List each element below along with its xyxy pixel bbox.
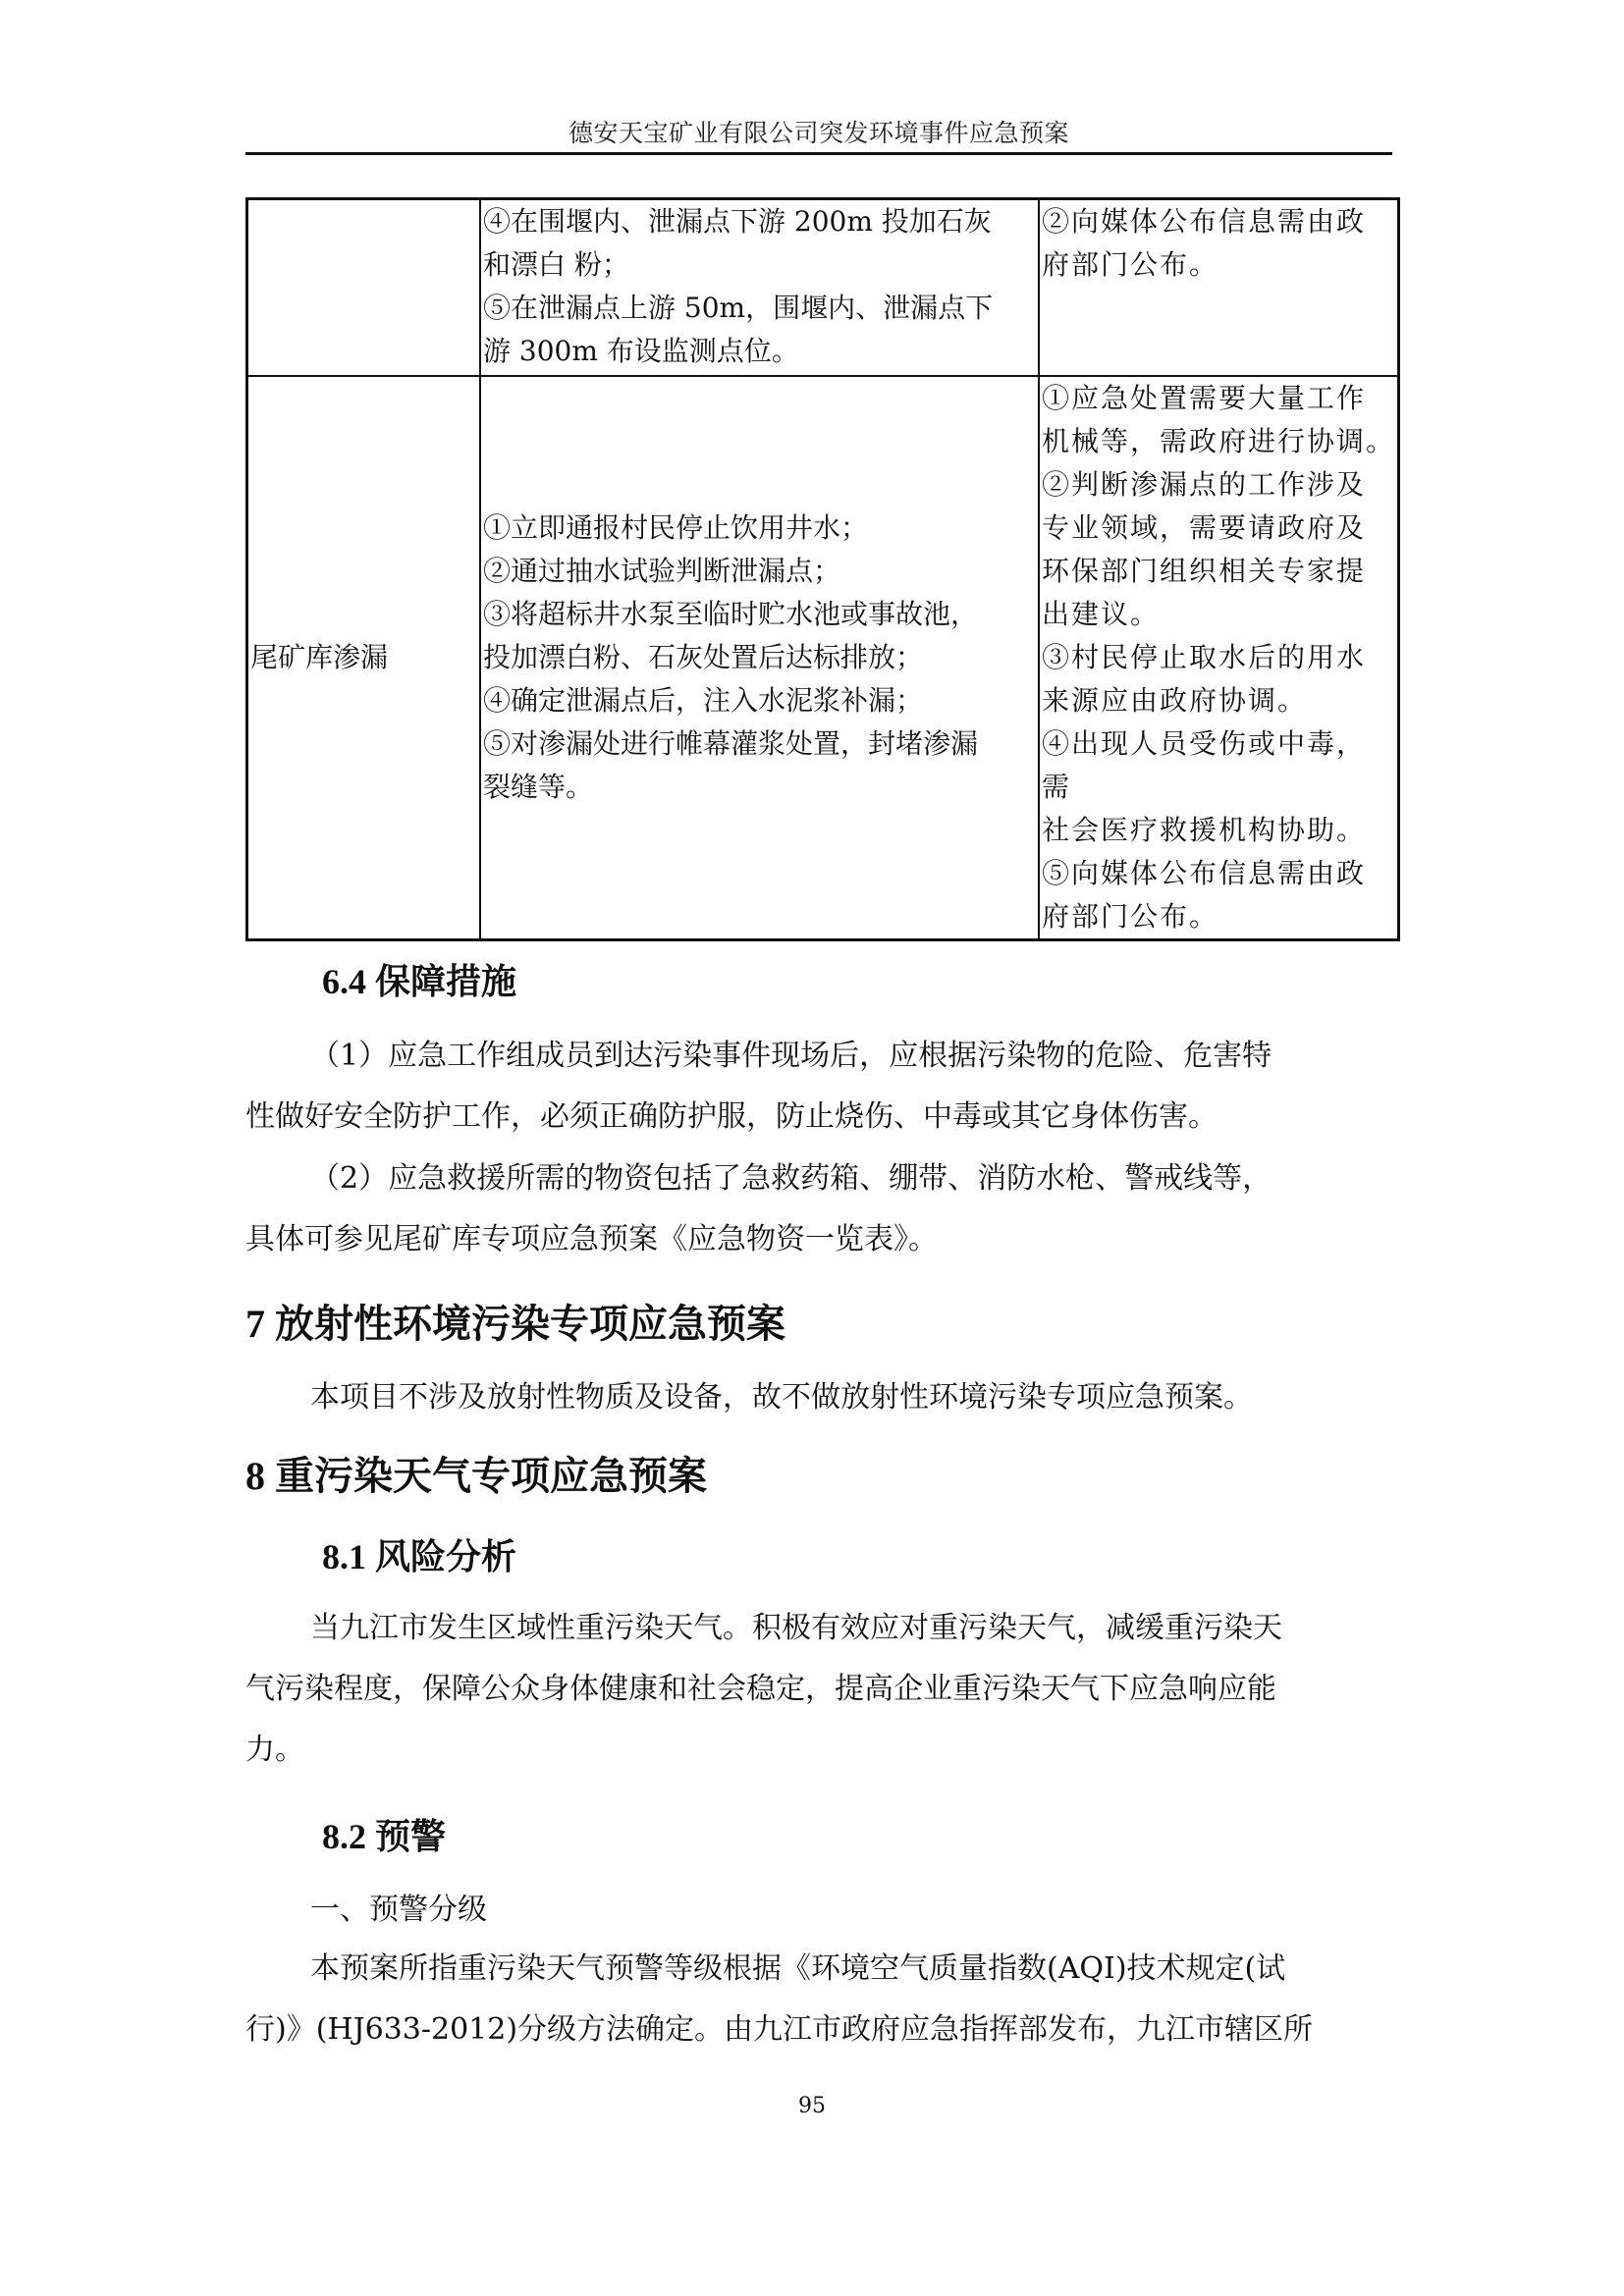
measure-line: ④确定泄漏点后，注入水泥浆补漏； xyxy=(483,679,1036,722)
coordination-line: 府部门公布。 xyxy=(1042,243,1395,287)
measure-line: 投加漂白粉、石灰处置后达标排放； xyxy=(483,636,1036,679)
measure-line: ①立即通报村民停止饮用井水； xyxy=(483,507,1036,550)
coordination-line: 专业领域，需要请政府及 xyxy=(1042,507,1395,550)
section-heading-6-4: 6.4 保障措施 xyxy=(322,954,516,1004)
text-line: （1）应急工作组成员到达污染事件现场后，应根据污染物的危险、危害特 xyxy=(245,1026,1394,1087)
coordination-line: ②向媒体公布信息需由政 xyxy=(1042,200,1395,243)
section-heading-8-1: 8.1 风险分析 xyxy=(322,1529,516,1579)
coordination-line: ④出现人员受伤或中毒， xyxy=(1042,722,1395,766)
measure-line: ⑤对渗漏处进行帷幕灌浆处置，封堵渗漏 xyxy=(483,722,1036,766)
page-header-title: 德安天宝矿业有限公司突发环境事件应急预案 xyxy=(245,114,1392,149)
category-cell: 尾矿库渗漏 xyxy=(247,376,481,940)
measures-cell: ①立即通报村民停止饮用井水； ②通过抽水试验判断泄漏点； ③将超标井水泵至临时贮… xyxy=(480,376,1039,940)
measure-line: ④在围堰内、泄漏点下游 200m 投加石灰 xyxy=(483,200,1036,243)
text-line: （2）应急救援所需的物资包括了急救药箱、绷带、消防水枪、警戒线等， xyxy=(245,1148,1394,1209)
measure-line: 裂缝等。 xyxy=(483,766,1036,809)
coordination-line: ③村民停止取水后的用水 xyxy=(1042,636,1395,679)
coordination-line: 需 xyxy=(1042,766,1395,809)
header-divider xyxy=(245,152,1392,155)
table-row: 尾矿库渗漏 ①立即通报村民停止饮用井水； ②通过抽水试验判断泄漏点； ③将超标井… xyxy=(247,376,1399,940)
paragraph-6-4-1: （1）应急工作组成员到达污染事件现场后，应根据污染物的危险、危害特 性做好安全防… xyxy=(245,1026,1394,1148)
coordination-line: ②判断渗漏点的工作涉及 xyxy=(1042,463,1395,507)
coordination-line: 出建议。 xyxy=(1042,593,1395,636)
paragraph-8-1: 当九江市发生区域性重污染天气。积极有效应对重污染天气，减缓重污染天 气污染程度，… xyxy=(245,1598,1394,1781)
paragraph-6-4-2: （2）应急救援所需的物资包括了急救药箱、绷带、消防水枪、警戒线等， 具体可参见尾… xyxy=(245,1148,1394,1270)
coordination-line: 环保部门组织相关专家提 xyxy=(1042,550,1395,593)
coordination-line: ①应急处置需要大量工作 xyxy=(1042,377,1395,420)
paragraph-8-2: 本预案所指重污染天气预警等级根据《环境空气质量指数(AQI)技术规定(试 行)》… xyxy=(245,1939,1394,2060)
measures-cell: ④在围堰内、泄漏点下游 200m 投加石灰 和漂白 粉； ⑤在泄漏点上游 50m… xyxy=(480,199,1039,377)
measure-line: ⑤在泄漏点上游 50m，围堰内、泄漏点下 xyxy=(483,287,1036,330)
text-line: 性做好安全防护工作，必须正确防护服，防止烧伤、中毒或其它身体伤害。 xyxy=(245,1087,1394,1148)
category-cell xyxy=(247,199,481,377)
section-heading-7: 7 放射性环境污染专项应急预案 xyxy=(245,1293,785,1349)
measure-line: 游 300m 布设监测点位。 xyxy=(483,330,1036,373)
paragraph-7: 本项目不涉及放射性物质及设备，故不做放射性环境污染专项应急预案。 xyxy=(245,1367,1394,1428)
measure-line: ②通过抽水试验判断泄漏点； xyxy=(483,550,1036,593)
section-heading-8: 8 重污染天气专项应急预案 xyxy=(245,1445,707,1501)
emergency-measures-table: ④在围堰内、泄漏点下游 200m 投加石灰 和漂白 粉； ⑤在泄漏点上游 50m… xyxy=(245,197,1400,941)
text-line: 气污染程度，保障公众身体健康和社会稳定，提高企业重污染天气下应急响应能 xyxy=(245,1659,1394,1720)
text-line: 行)》(HJ633-2012)分级方法确定。由九江市政府应急指挥部发布，九江市辖… xyxy=(245,2000,1394,2060)
measure-line: ③将超标井水泵至临时贮水池或事故池， xyxy=(483,593,1036,636)
coordination-cell: ①应急处置需要大量工作 机械等，需政府进行协调。 ②判断渗漏点的工作涉及 专业领… xyxy=(1039,376,1399,940)
measure-line: 和漂白 粉； xyxy=(483,243,1036,287)
page-number: 95 xyxy=(0,2094,1624,2118)
text-line: 当九江市发生区域性重污染天气。积极有效应对重污染天气，减缓重污染天 xyxy=(245,1598,1394,1659)
coordination-line: 机械等，需政府进行协调。 xyxy=(1042,420,1395,463)
section-heading-8-2: 8.2 预警 xyxy=(322,1809,446,1859)
text-line: 具体可参见尾矿库专项应急预案《应急物资一览表》。 xyxy=(245,1209,1394,1270)
coordination-cell: ②向媒体公布信息需由政 府部门公布。 xyxy=(1039,199,1399,377)
text-line: 本预案所指重污染天气预警等级根据《环境空气质量指数(AQI)技术规定(试 xyxy=(245,1939,1394,2000)
table-row: ④在围堰内、泄漏点下游 200m 投加石灰 和漂白 粉； ⑤在泄漏点上游 50m… xyxy=(247,199,1399,377)
coordination-line: 府部门公布。 xyxy=(1042,895,1395,938)
coordination-line: 社会医疗救援机构协助。 xyxy=(1042,809,1395,852)
subheading-warning-levels: 一、预警分级 xyxy=(245,1880,1394,1941)
text-line: 力。 xyxy=(245,1720,1394,1781)
coordination-line: 来源应由政府协调。 xyxy=(1042,679,1395,722)
coordination-line: ⑤向媒体公布信息需由政 xyxy=(1042,852,1395,895)
